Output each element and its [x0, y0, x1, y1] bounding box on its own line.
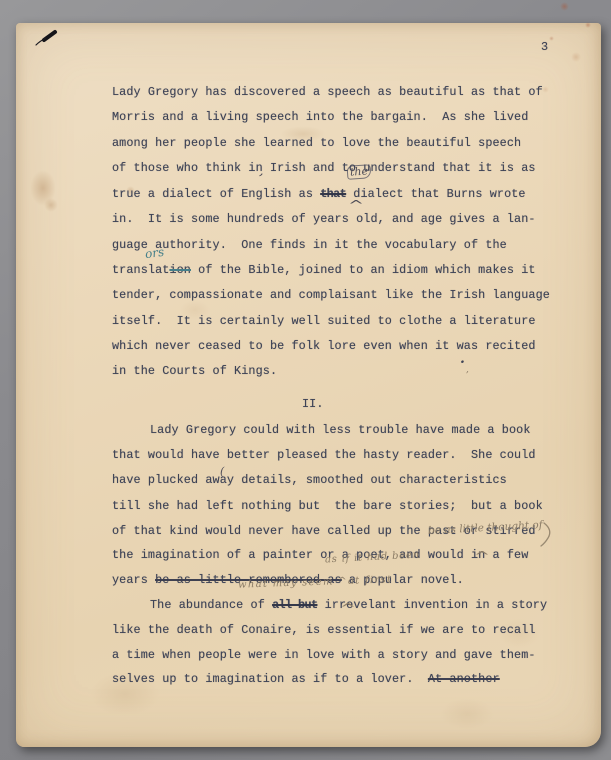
typed-text: years [112, 573, 155, 587]
insertion-caret: ^ [340, 602, 356, 615]
typed-text: which never ceased to be folk lore even … [112, 339, 536, 353]
typed-text: true a dialect of English as [112, 187, 320, 201]
manuscript-paper-sheet [16, 23, 601, 747]
typed-text: selves up to imagination as if to a love… [112, 672, 428, 686]
struck-text: that [320, 187, 346, 201]
typed-text: II. [302, 397, 324, 411]
typed-text: like the death of Conaire, is essential … [112, 623, 536, 637]
typed-line: Morris and a living speech into the barg… [112, 110, 528, 124]
typed-line: have plucked away details, smoothed out … [112, 473, 507, 487]
stray-speck: , [466, 366, 469, 375]
typed-text: among her people she learned to love the… [112, 136, 521, 150]
typed-line: Lady Gregory could with less trouble hav… [150, 423, 531, 437]
insertion-caret: ^ [348, 199, 364, 212]
section-heading: II. [302, 397, 324, 411]
typed-text: till she had left nothing but the bare s… [112, 499, 543, 513]
typed-line: of those who think in Irish and to under… [112, 161, 536, 175]
manuscript-photo: 3Lady Gregory has discovered a speech as… [0, 0, 611, 760]
typed-line: in the Courts of Kings. [112, 364, 277, 378]
page-number: 3 [541, 40, 548, 54]
typed-line: true a dialect of English as that dialec… [112, 187, 526, 201]
typed-line: which never ceased to be folk lore even … [112, 339, 536, 353]
struck-text: ion [169, 263, 191, 277]
typed-line: selves up to imagination as if to a love… [112, 672, 500, 686]
typed-line: a time when people were in love with a s… [112, 648, 536, 662]
insertion-caret: ^ [474, 550, 490, 563]
typed-text: in. It is some hundreds of years old, an… [112, 212, 536, 226]
stray-paren: ( [220, 466, 224, 477]
struck-text: all but [272, 598, 317, 612]
typed-line: guage authority. One finds in it the voc… [112, 238, 507, 252]
typed-text: itself. It is certainly well suited to c… [112, 314, 536, 328]
typed-line: like the death of Conaire, is essential … [112, 623, 536, 637]
typed-text: tender, compassionate and complaisant li… [112, 288, 550, 302]
typed-line: itself. It is certainly well suited to c… [112, 314, 536, 328]
typed-line: in. It is some hundreds of years old, an… [112, 212, 536, 226]
stray-dot: . [460, 352, 465, 366]
typed-text: of the Bible, joined to an idiom which m… [191, 263, 536, 277]
typed-text: 3 [541, 40, 548, 54]
typed-text: a time when people were in love with a s… [112, 648, 536, 662]
typed-line: among her people she learned to love the… [112, 136, 521, 150]
typed-text: the imagination of a painter or a poet, … [112, 548, 528, 562]
typed-line: that would have better pleased the hasty… [112, 448, 536, 462]
typed-text: The abundance of [150, 598, 272, 612]
typed-text: Lady Gregory could with less trouble hav… [150, 423, 531, 437]
typed-text: translat [112, 263, 169, 277]
typed-text: dialect that Burns wrote [346, 187, 525, 201]
typed-line: till she had left nothing but the bare s… [112, 499, 543, 513]
typed-text: Morris and a living speech into the barg… [112, 110, 528, 124]
paper-stain [560, 2, 569, 11]
typed-text: have plucked away details, smoothed out … [112, 473, 507, 487]
insert-ors: ors [144, 246, 165, 261]
typed-text: in the Courts of Kings. [112, 364, 277, 378]
typed-text: of those who think in Irish and to under… [112, 161, 536, 175]
typed-line: Lady Gregory has discovered a speech as … [112, 85, 543, 99]
struck-text: At another [428, 672, 500, 686]
typed-text: that would have better pleased the hasty… [112, 448, 536, 462]
ink-flourish-mark [34, 27, 60, 49]
typed-line: the imagination of a painter or a poet, … [112, 548, 528, 562]
typed-text: guage authority. One finds in it the voc… [112, 238, 507, 252]
typed-line: translation of the Bible, joined to an i… [112, 263, 536, 277]
typed-text: Lady Gregory has discovered a speech as … [112, 85, 543, 99]
typed-line: tender, compassionate and complaisant li… [112, 288, 550, 302]
